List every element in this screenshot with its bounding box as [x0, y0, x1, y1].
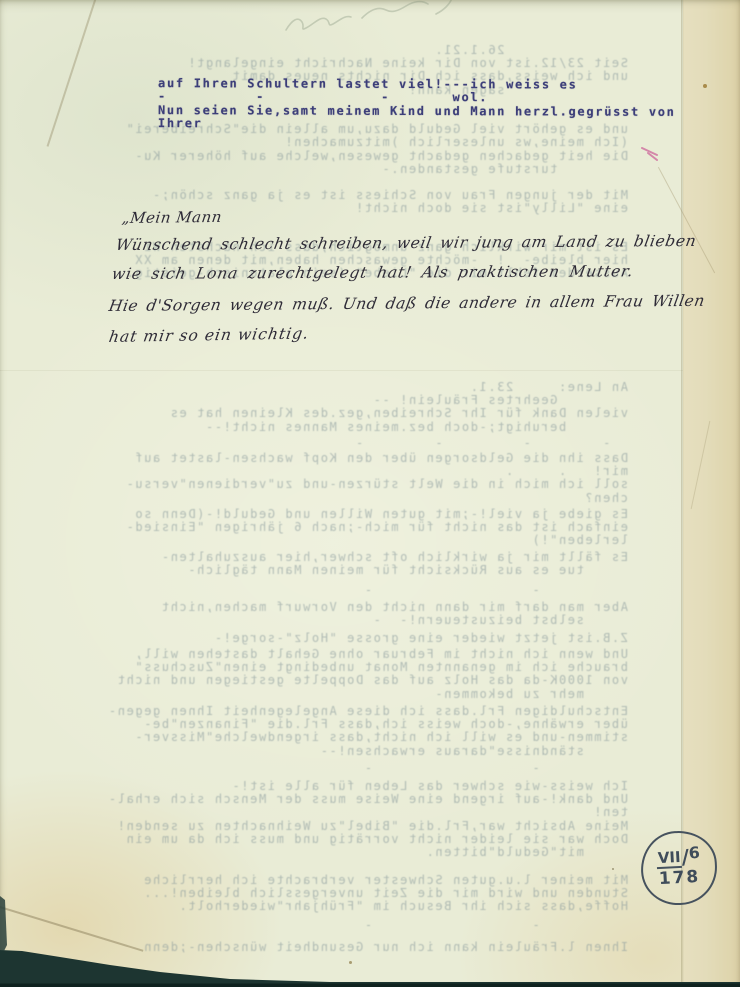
bleedthrough-line: Und wenn ich nicht im Februar ohne Gehal… — [62, 648, 628, 661]
bleedthrough-line: soll ich mich in die Welt stürzen-und zu… — [62, 478, 628, 491]
bleedthrough-line: mehr zu bekommen- — [62, 688, 628, 701]
bleedthrough-line: Doch war sie leider nicht vorrätig und m… — [62, 833, 628, 846]
bleedthrough-line: ten! — [62, 806, 628, 819]
handwriting-line: Hie d'Sorgen wegen muß. Und daß die ande… — [107, 292, 706, 315]
bleedthrough-line: Mit der jungen Frau von Schiess ist es j… — [62, 189, 628, 202]
bleedthrough-line: mit"Geduld"bitten. — [62, 846, 628, 859]
bleedthrough-block: Und wenn ich nicht im Februar ohne Gehal… — [62, 648, 628, 701]
typed-line: Ihrer — [158, 117, 676, 132]
stamp-roman-numeral: VII — [656, 847, 682, 868]
paper-crease — [0, 370, 683, 371]
bleedthrough-line: Seit 23/12.ist von Dir keine Nachricht e… — [62, 57, 628, 70]
paper-crease — [47, 0, 98, 147]
bleedthrough-line: ständnisse"daraus erwachsen!-- — [62, 745, 628, 758]
bleedthrough-line: - - — [62, 919, 628, 932]
typed-line: Nun seien Sie,samt meinem Kind und Mann … — [158, 104, 676, 119]
bleedthrough-block: Mit meiner l.u.guten Schwester verbracht… — [62, 874, 628, 914]
bleedthrough-line: (Ich meine,ws unleserlich )mitzumachen! — [62, 136, 628, 149]
bleedthrough-line: Entschuldigen Frl.dass ich diese Angeleg… — [62, 705, 628, 718]
bleedthrough-line: An Lene: 23.1. — [62, 381, 628, 394]
bleedthrough-block: Ich weiss-wie schwer das Leben für alle … — [62, 780, 628, 859]
bleedthrough-line: von 1000K-da das Holz auf das Doppelte g… — [62, 674, 628, 687]
bleedthrough-line: Geehrtes Fräulein! -- — [62, 394, 628, 407]
bleedthrough-block: - - — [62, 762, 628, 775]
bleedthrough-line: - - - - — [62, 437, 628, 450]
bleedthrough-line: tue es aus Rücksicht für meinen Mann täg… — [62, 564, 628, 577]
bleedthrough-line: Dass ihn die Geldsorgen über den Kopf wa… — [62, 452, 628, 465]
bleedthrough-line: Aber man darf mir dann nicht den Vorwurf… — [62, 601, 628, 614]
paper-speck — [612, 868, 614, 870]
bleedthrough-line: Die heit gedachen gedacht gewesen,welche… — [62, 150, 628, 163]
bleedthrough-line: - - — [62, 584, 628, 597]
bleedthrough-line: Hoffe,dass sich ihr Besuch im "Frühjahr"… — [62, 900, 628, 913]
bleedthrough-line: stimmen-und es will ich nicht,dass irgen… — [62, 731, 628, 744]
bleedthrough-line: turstufe gestanden.- — [62, 163, 628, 176]
bleedthrough-block: - - - - — [62, 437, 628, 450]
archive-stamp-signature: VII/6 — [656, 845, 700, 865]
bleedthrough-line: einfach ist das nicht für mich-;nach 6 j… — [62, 521, 628, 534]
stamp-subnumber: 6 — [688, 842, 700, 862]
handwriting-line: hat mir so ein wichtig. — [108, 325, 311, 346]
bleedthrough-line: Mit meiner l.u.guten Schwester verbracht… — [62, 874, 628, 887]
bleedthrough-block: - - — [62, 919, 628, 932]
bleedthrough-line: chen? — [62, 492, 628, 505]
bleedthrough-text-layer: 26.1.21.Seit 23/12.ist von Dir keine Nac… — [0, 0, 740, 987]
bleedthrough-block: Z.B.ist jetzt wieder eine grosse "Holz"-… — [62, 632, 628, 645]
typewritten-text-block: auf Ihren Schultern lastet viel!---ich w… — [158, 77, 676, 132]
faint-pencil-note — [278, 0, 468, 42]
bleedthrough-block: An Lene: 23.1. Geehrtes Fräulein! --viel… — [62, 381, 628, 434]
handwriting-line: „Mein Mann — [121, 208, 223, 227]
handwriting-line: Wünschend schlecht schreiben, weil wir j… — [114, 232, 697, 254]
bleedthrough-line: 26.1.21. — [62, 44, 628, 57]
bleedthrough-block: Aber man darf mir dann nicht den Vorwurf… — [62, 601, 628, 627]
bleedthrough-block: - - — [62, 584, 628, 597]
paper-crease — [0, 906, 143, 951]
bleedthrough-block: Es fällt mir ja wirklich oft schwer,hier… — [62, 551, 628, 577]
bleedthrough-line: lerleben"!) — [62, 534, 628, 547]
bleedthrough-line: Ihnen l.Fräulein kann ich nur Gesundheit… — [62, 941, 628, 954]
bleedthrough-line: - - — [62, 762, 628, 775]
bleedthrough-line: Stunden und wird mir die Zeit unvergessl… — [62, 887, 628, 900]
bleedthrough-line: brauche ich im genannten Monat unbedingt… — [62, 661, 628, 674]
paper-speck — [349, 961, 352, 964]
bleedthrough-line: Und dank!-auf irgend eine Weise muss der… — [62, 793, 628, 806]
bleedthrough-line: Ich weiss-wie schwer das Leben für alle … — [62, 780, 628, 793]
bleedthrough-block: Es giebe ja viel!-;mit guten Willen und … — [62, 508, 628, 548]
handwriting-line: wie sich Lona zurechtgelegt hat! Als pra… — [110, 262, 634, 283]
bleedthrough-line: Es giebe ja viel!-;mit guten Willen und … — [62, 508, 628, 521]
scanned-letter-page: 26.1.21.Seit 23/12.ist von Dir keine Nac… — [0, 0, 740, 987]
pink-pencil-mark — [638, 144, 668, 166]
bleedthrough-line: Es fällt mir ja wirklich oft schwer,hier… — [62, 551, 628, 564]
bleedthrough-line: Z.B.ist jetzt wieder eine grosse "Holz"-… — [62, 632, 628, 645]
bleedthrough-line: mir! . . — [62, 465, 628, 478]
bleedthrough-line: Meine Absicht war,Frl.die "Bibel"zu Weih… — [62, 820, 628, 833]
bleedthrough-line: selbst beizusteuern!- - — [62, 614, 628, 627]
paper-sheet: 26.1.21.Seit 23/12.ist von Dir keine Nac… — [0, 0, 740, 987]
bleedthrough-block: Dass ihn die Geldsorgen über den Kopf wa… — [62, 452, 628, 505]
bleedthrough-line: über erwähne,-doch weiss ich,dass Frl.di… — [62, 718, 628, 731]
bleedthrough-line: vielen Dank für Ihr Schreiben,gez.des Kl… — [62, 407, 628, 420]
bleedthrough-block: Entschuldigen Frl.dass ich diese Angeleg… — [62, 705, 628, 758]
bleedthrough-block: Ihnen l.Fräulein kann ich nur Gesundheit… — [62, 941, 628, 954]
bleedthrough-line — [62, 176, 628, 189]
bleedthrough-line: beruhigt;-doch bez.meines Mannes nicht!-… — [62, 421, 628, 434]
archive-stamp-number: 178 — [658, 866, 700, 888]
